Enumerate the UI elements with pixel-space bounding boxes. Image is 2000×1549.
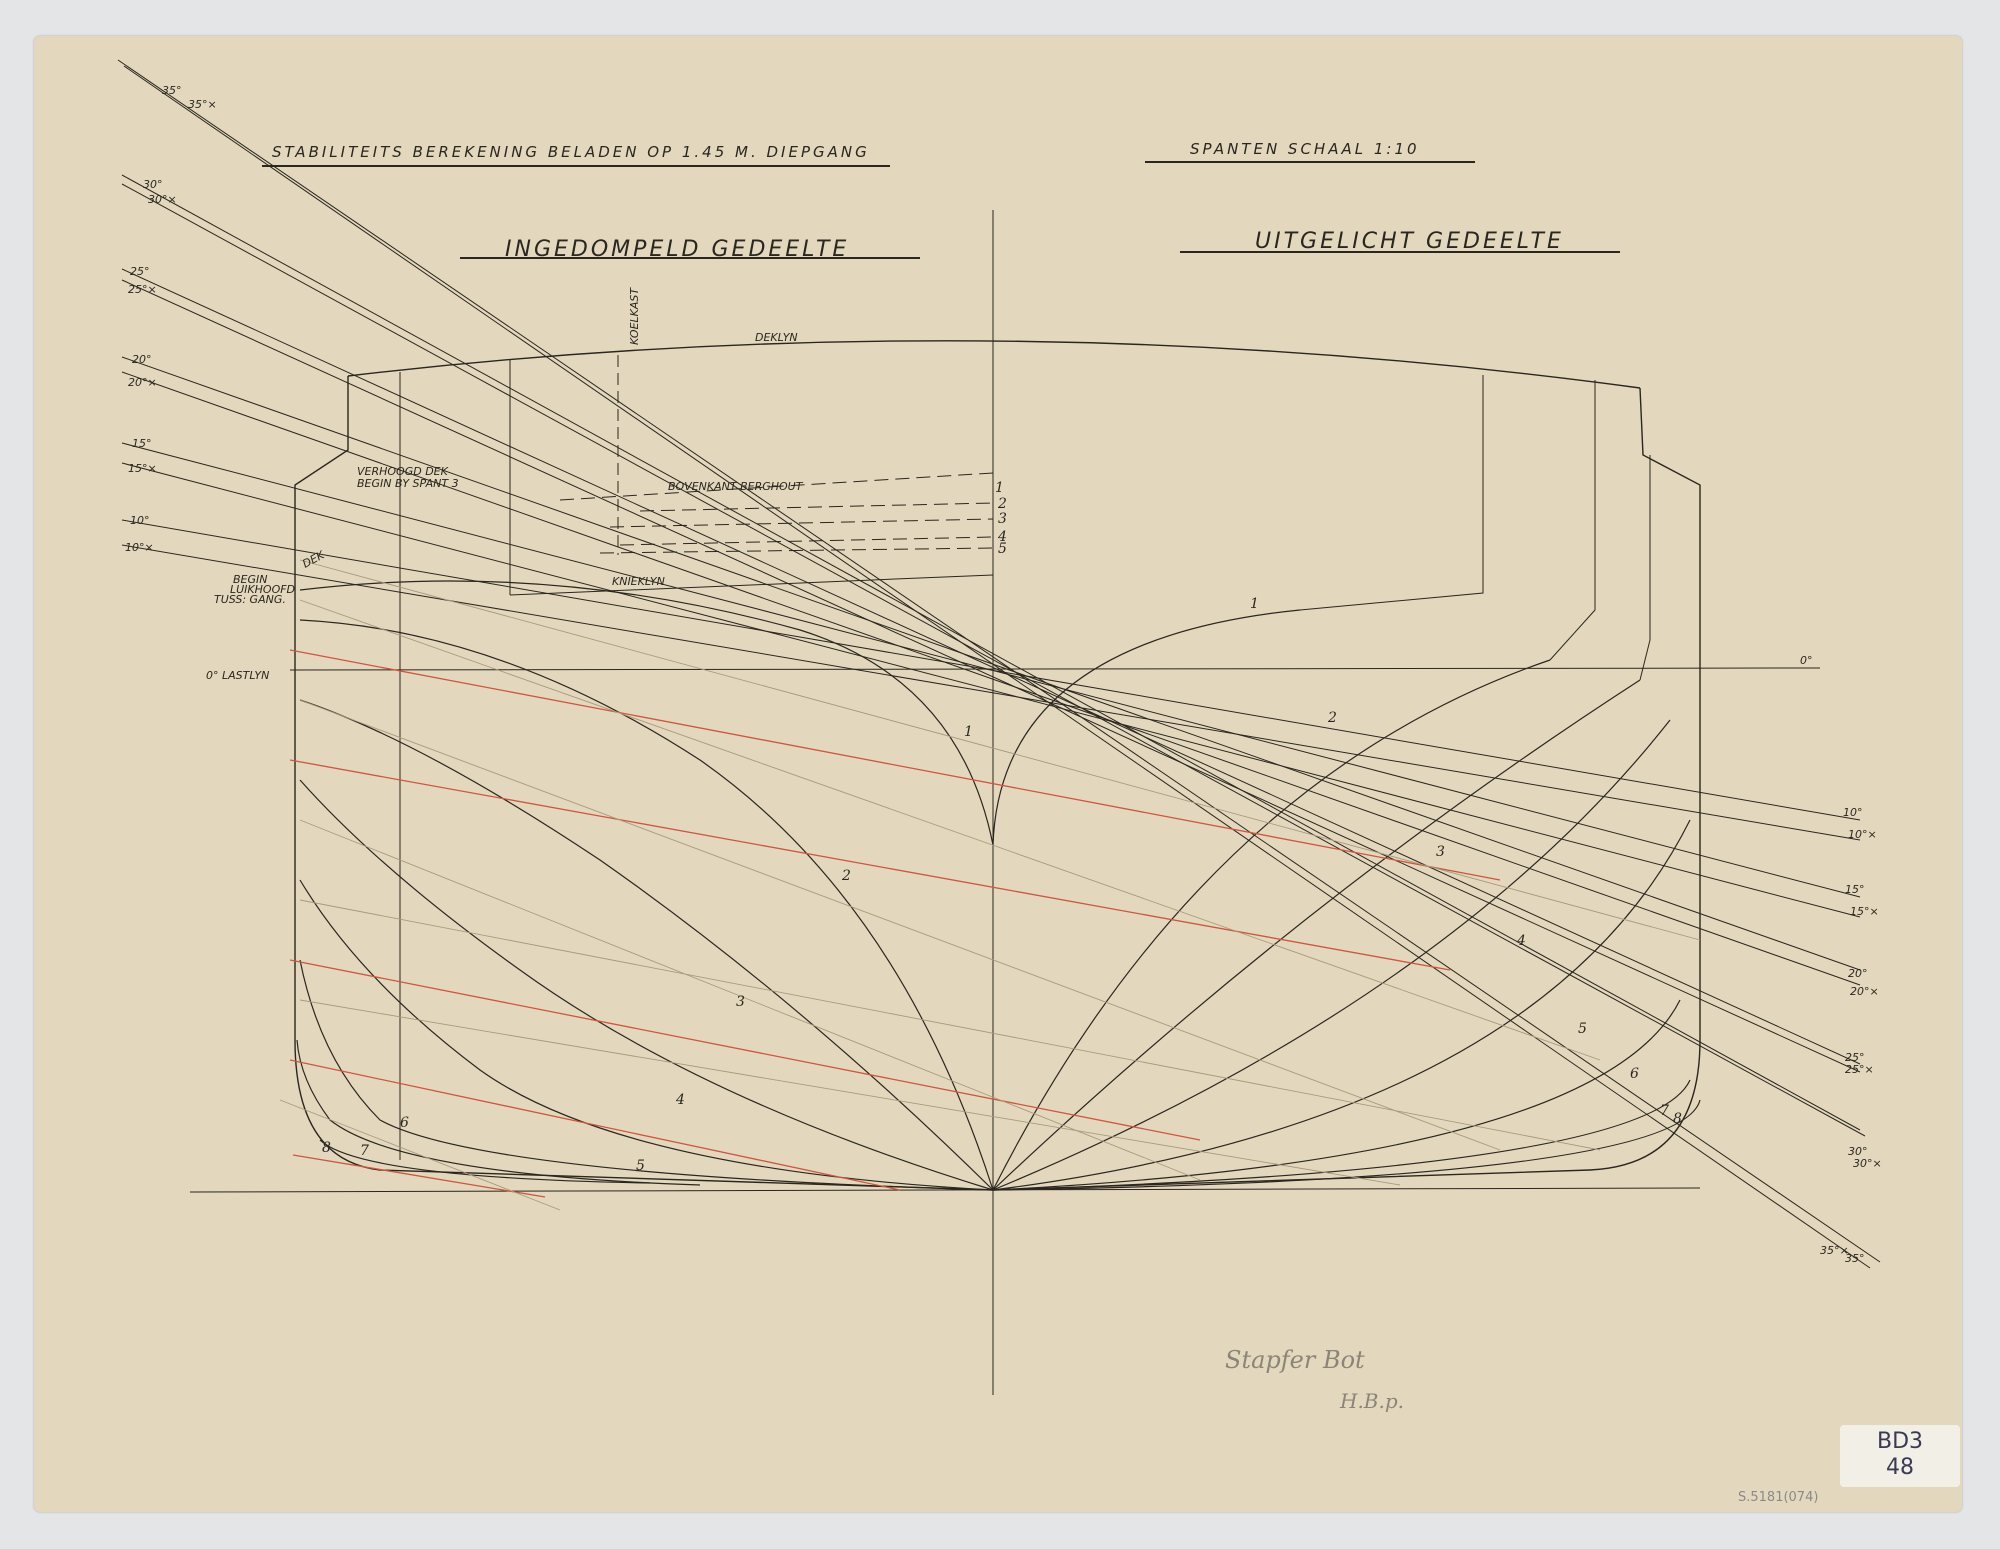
svg-text:20°×: 20°× xyxy=(128,376,157,389)
svg-text:15°: 15° xyxy=(1845,883,1865,896)
waterline-0 xyxy=(290,668,1820,670)
heading-emerged: UITGELICHT GEDEELTE xyxy=(1255,229,1564,254)
label-deklyn: DEKLYN xyxy=(755,331,798,344)
svg-text:35°: 35° xyxy=(162,84,182,97)
svg-text:2: 2 xyxy=(997,496,1007,512)
knieklyn-line xyxy=(510,575,993,595)
svg-text:25°×: 25°× xyxy=(1845,1063,1874,1076)
svg-text:1: 1 xyxy=(995,480,1004,496)
svg-text:4: 4 xyxy=(1516,933,1526,949)
archive-reference: S.5181(074) xyxy=(1738,1490,1818,1505)
svg-text:35°×: 35°× xyxy=(188,98,217,111)
pencil-note-name: Stapfer Bot xyxy=(1225,1346,1365,1374)
svg-text:3: 3 xyxy=(736,994,745,1010)
stability-drawing: STABILITEITS BEREKENING BELADEN OP 1.45 … xyxy=(0,0,2000,1549)
svg-text:3: 3 xyxy=(998,511,1007,527)
svg-text:25°×: 25°× xyxy=(128,283,157,296)
svg-text:20°: 20° xyxy=(132,353,152,366)
title-right: SPANTEN SCHAAL 1:10 xyxy=(1190,140,1420,158)
svg-text:15°×: 15°× xyxy=(128,462,157,475)
svg-text:2: 2 xyxy=(1327,710,1337,726)
svg-text:30°: 30° xyxy=(143,178,163,191)
svg-text:2: 2 xyxy=(841,868,851,884)
frame-numbers-left: 1 2 3 4 5 6 7 8 xyxy=(322,724,973,1174)
svg-text:10°×: 10°× xyxy=(1848,828,1877,841)
svg-text:10°×: 10°× xyxy=(125,541,154,554)
frame-right-1-top xyxy=(1300,375,1483,610)
svg-text:20°: 20° xyxy=(1848,967,1868,980)
svg-text:15°×: 15°× xyxy=(1850,905,1879,918)
svg-text:30°×: 30°× xyxy=(1853,1157,1882,1170)
heel-lines xyxy=(118,60,1880,1268)
label-bovenkant-berghout: BOVENKANT BERGHOUT xyxy=(668,480,804,493)
svg-text:25°: 25° xyxy=(130,265,150,278)
label-begin-by-spant: BEGIN BY SPANT 3 xyxy=(357,477,459,490)
frame-curves-right xyxy=(993,610,1700,1190)
svg-text:7: 7 xyxy=(1660,1103,1669,1119)
stamp-line-2: 48 xyxy=(1840,1455,1960,1481)
frame-right-3-top xyxy=(1640,455,1650,680)
label-zero-right: 0° xyxy=(1800,654,1813,667)
archive-stamp: BD3 48 xyxy=(1840,1425,1960,1487)
svg-text:1: 1 xyxy=(964,724,973,740)
svg-text:5: 5 xyxy=(1578,1021,1587,1037)
stamp-line-1: BD3 xyxy=(1840,1429,1960,1455)
angle-labels-right: 10° 10°× 15° 15°× 20° 20°× 25° 25°× 30° … xyxy=(1820,806,1882,1265)
svg-text:10°: 10° xyxy=(130,514,150,527)
frame-right-2-top xyxy=(1550,380,1595,660)
svg-text:1: 1 xyxy=(1250,596,1259,612)
frame-numbers-right: 1 2 3 4 5 6 7 8 xyxy=(1250,596,1682,1127)
svg-text:6: 6 xyxy=(400,1115,409,1131)
svg-text:7: 7 xyxy=(360,1143,369,1159)
svg-text:20°×: 20°× xyxy=(1850,985,1879,998)
svg-text:3: 3 xyxy=(1436,844,1445,860)
label-knieklyn: KNIEKLYN xyxy=(612,575,665,588)
label-tuss-gang: TUSS: GANG. xyxy=(214,593,286,606)
svg-text:4: 4 xyxy=(675,1092,685,1108)
svg-text:35°×: 35°× xyxy=(1820,1244,1849,1257)
svg-text:8: 8 xyxy=(1673,1111,1682,1127)
svg-text:6: 6 xyxy=(1630,1066,1639,1082)
svg-text:5: 5 xyxy=(636,1158,645,1174)
svg-text:10°: 10° xyxy=(1843,806,1863,819)
pencil-note-initials: H.B.p. xyxy=(1339,1389,1404,1413)
waterline-numbers: 1 2 3 4 5 xyxy=(995,480,1007,557)
angle-labels-left: 35° 35°× 30° 30°× 25° 25°× 20° 20°× 15° … xyxy=(125,84,217,554)
svg-text:5: 5 xyxy=(998,541,1007,557)
deck-line xyxy=(348,341,1640,388)
title-left: STABILITEITS BEREKENING BELADEN OP 1.45 … xyxy=(272,143,870,161)
svg-text:15°: 15° xyxy=(132,437,152,450)
svg-text:8: 8 xyxy=(322,1140,331,1156)
svg-text:30°×: 30°× xyxy=(148,193,177,206)
label-koelkast: KOELKAST xyxy=(628,287,641,345)
label-lastlyn: 0° LASTLYN xyxy=(206,669,269,682)
